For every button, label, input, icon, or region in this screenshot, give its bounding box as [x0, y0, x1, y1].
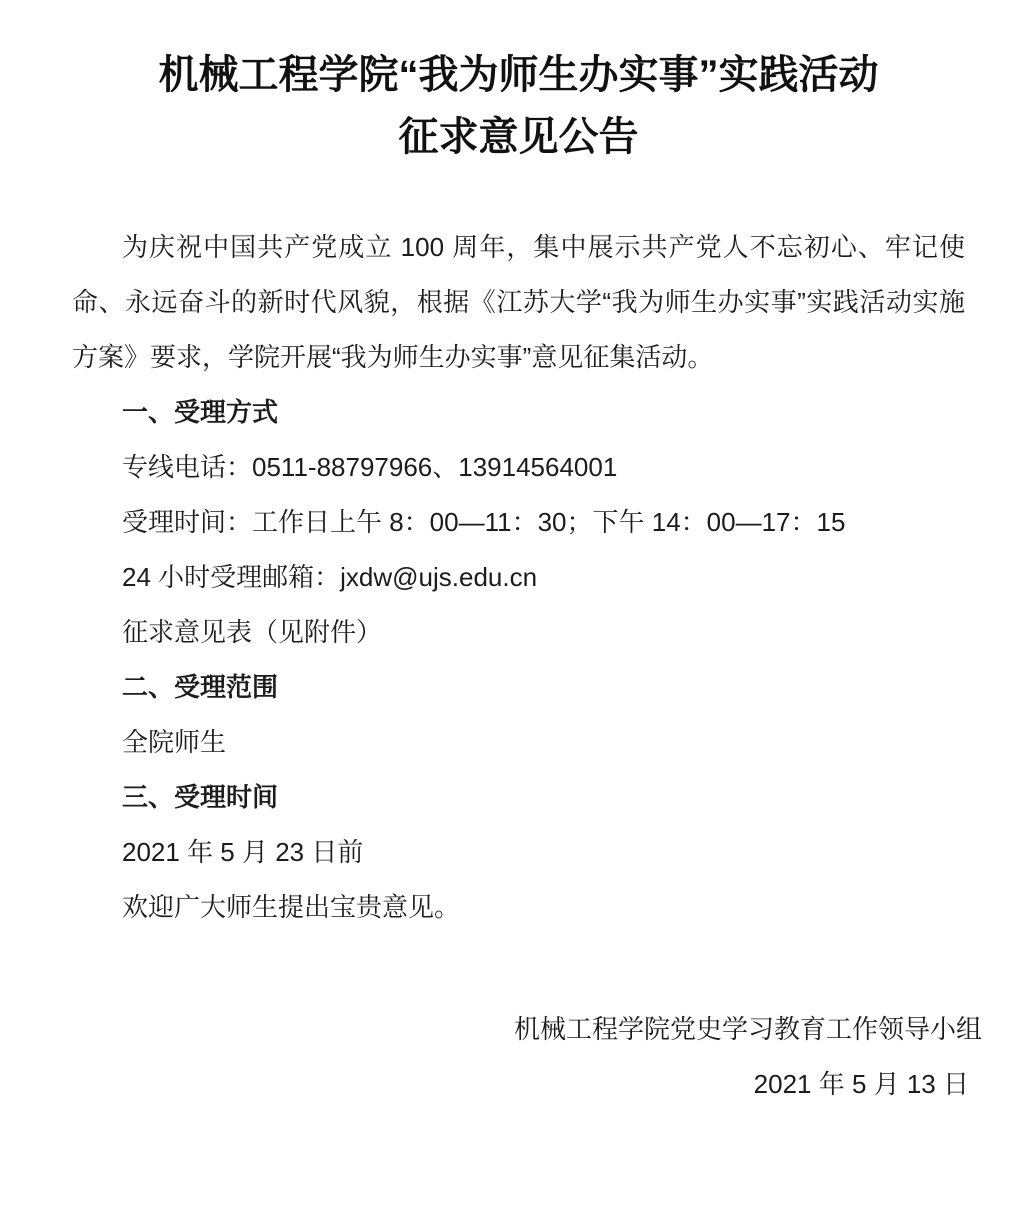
document-title: 机械工程学院“我为师生办实事”实践活动 征求意见公告	[72, 44, 965, 168]
deadline-line: 2021 年 5 月 23 日前	[72, 825, 965, 880]
section-3-heading: 三、受理时间	[72, 770, 965, 825]
announcement-document: 机械工程学院“我为师生办实事”实践活动 征求意见公告 为庆祝中国共产党成立 10…	[0, 0, 1024, 1216]
welcome-line: 欢迎广大师生提出宝贵意见。	[72, 880, 965, 935]
intro-paragraph: 为庆祝中国共产党成立 100 周年，集中展示共产党人不忘初心、牢记使命、永远奋斗…	[72, 220, 965, 385]
section-1-heading: 一、受理方式	[72, 385, 965, 440]
email-line: 24 小时受理邮箱：jxdw@ujs.edu.cn	[72, 550, 965, 605]
feedback-form-line: 征求意见表（见附件）	[72, 605, 965, 660]
hotline-phone-line: 专线电话：0511-88797966、13914564001	[72, 440, 965, 495]
closing-block: 机械工程学院党史学习教育工作领导小组 2021 年 5 月 13 日	[72, 1002, 965, 1112]
scope-line: 全院师生	[72, 715, 965, 770]
closing-date: 2021 年 5 月 13 日	[72, 1057, 969, 1112]
office-hours-line: 受理时间：工作日上午 8：00—11：30；下午 14：00—17：15	[72, 495, 965, 550]
section-2-heading: 二、受理范围	[72, 660, 965, 715]
signature-organization: 机械工程学院党史学习教育工作领导小组	[72, 1002, 982, 1057]
document-title-line-2: 征求意见公告	[72, 106, 965, 168]
document-title-line-1: 机械工程学院“我为师生办实事”实践活动	[72, 44, 965, 106]
